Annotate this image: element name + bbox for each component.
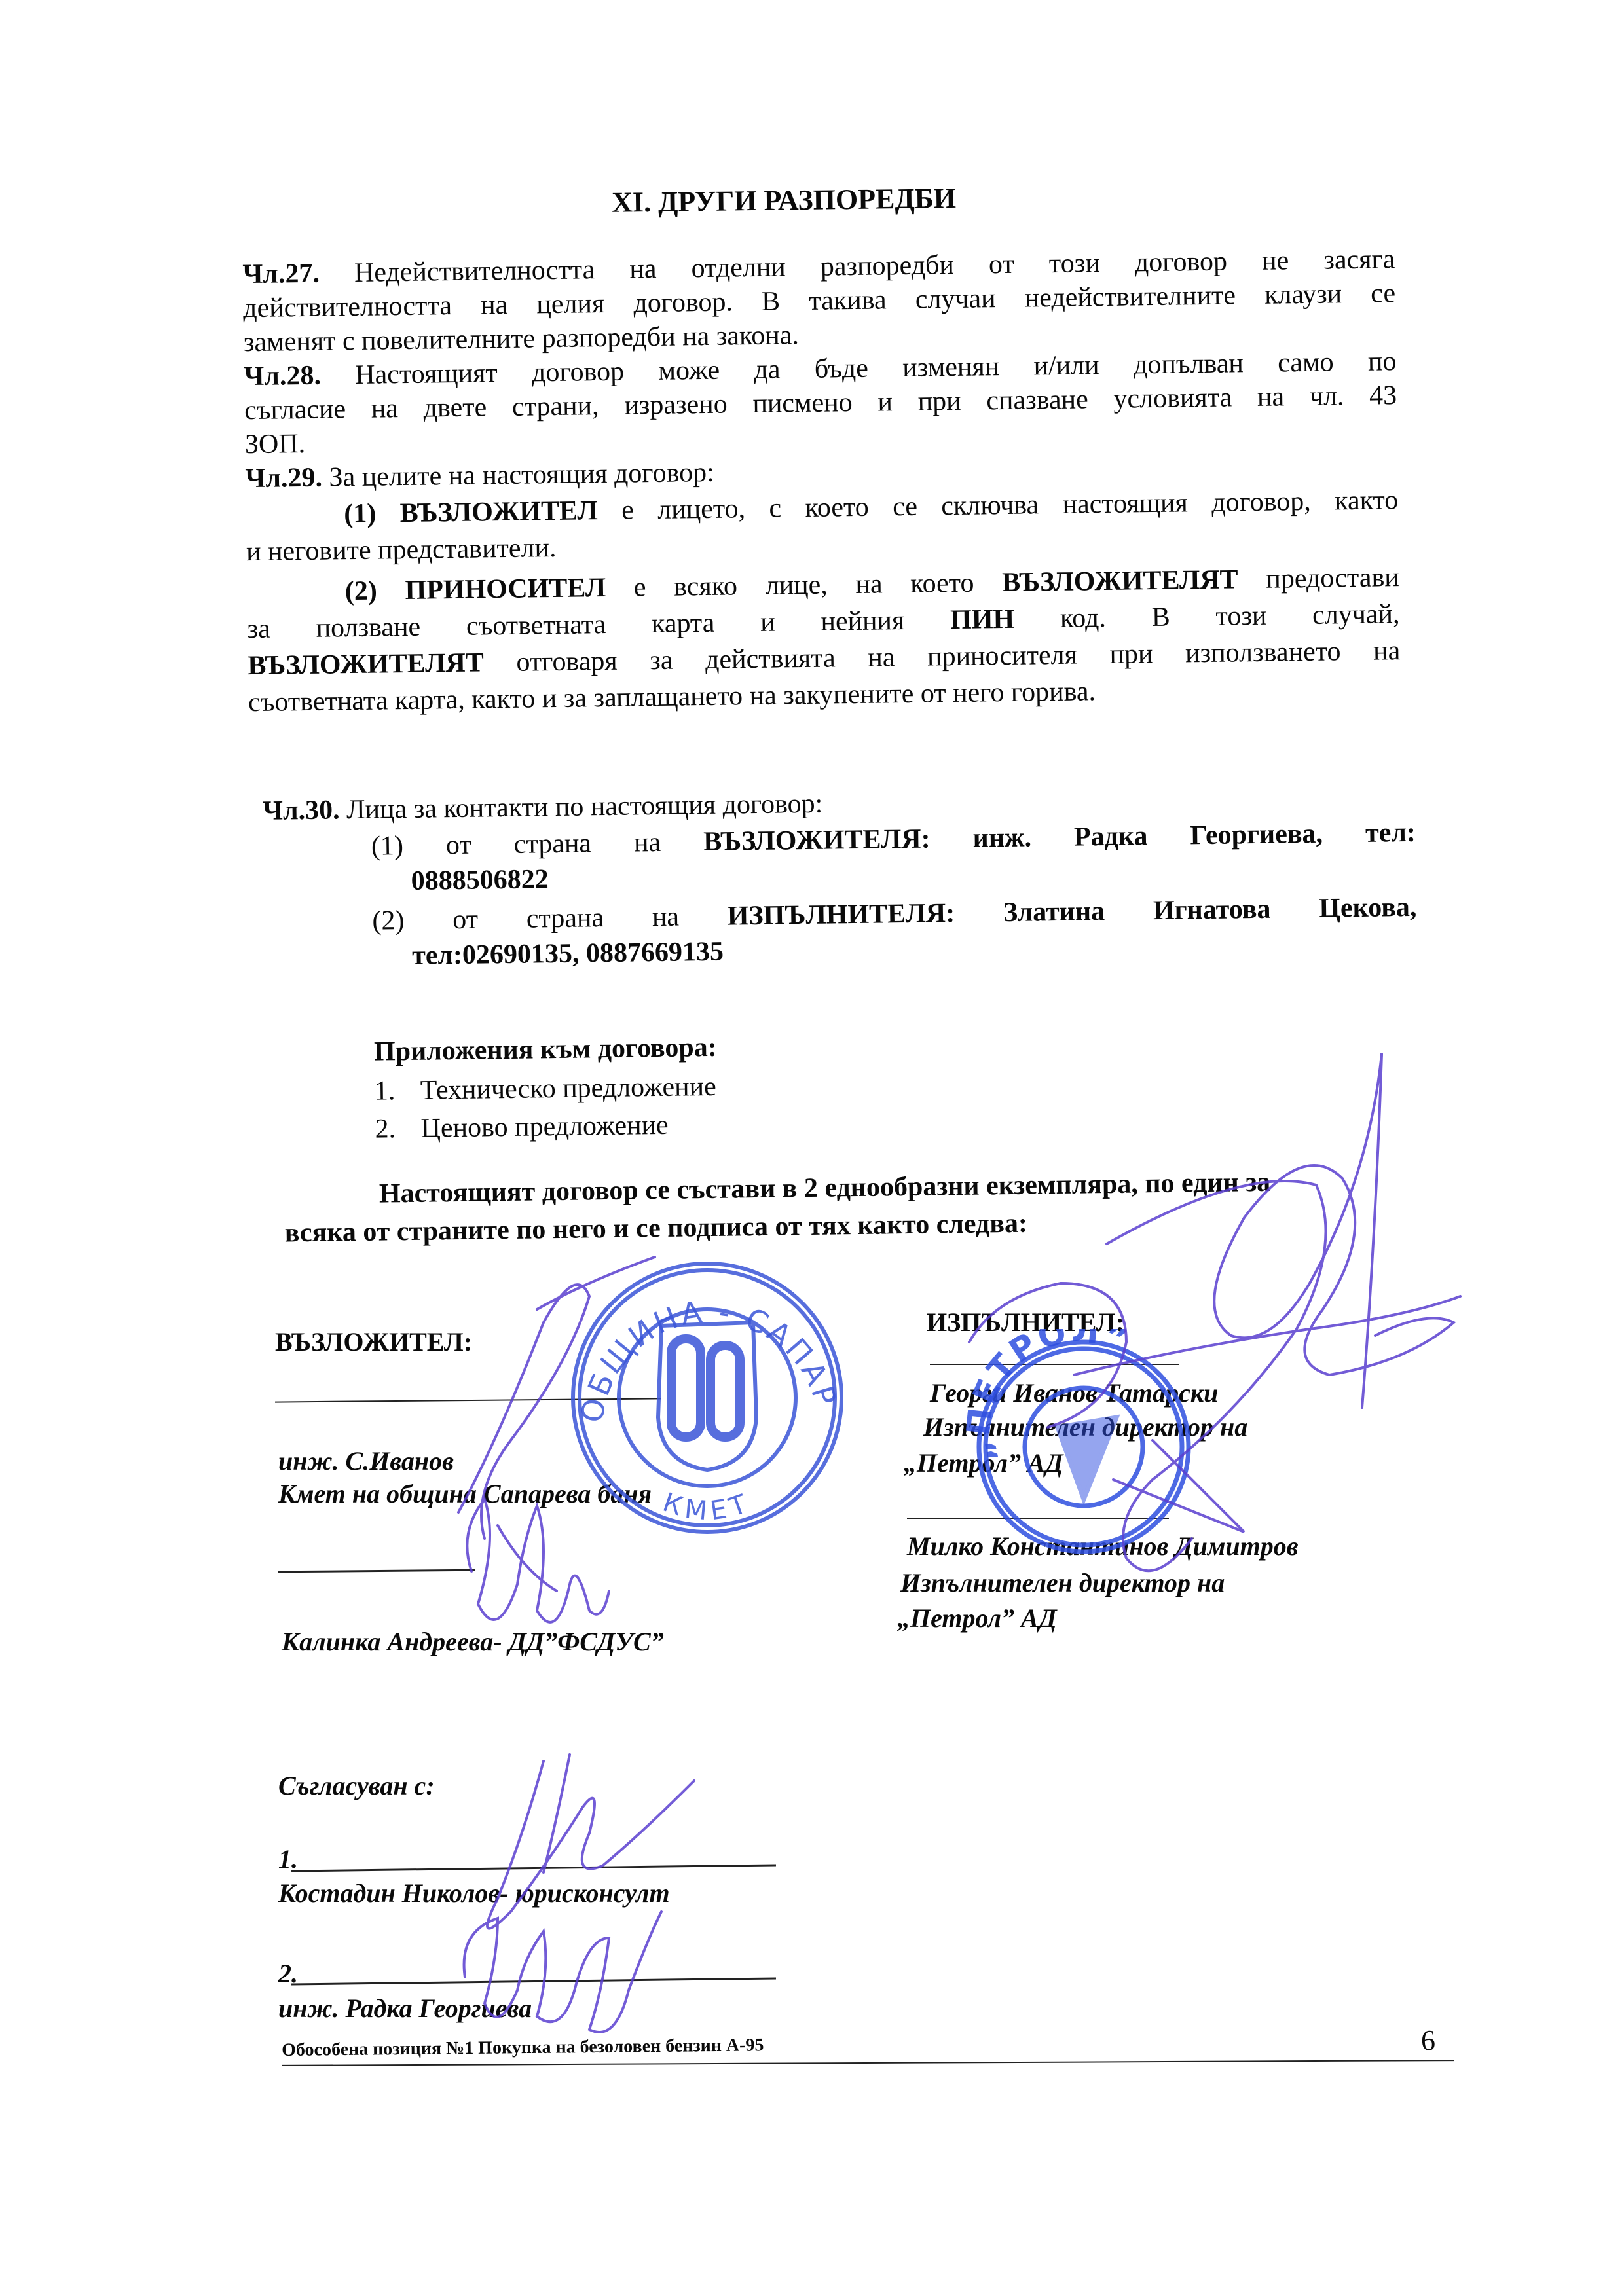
handwritten-signatures xyxy=(0,0,1624,2296)
document-page: XI. ДРУГИ РАЗПОРЕДБИ Чл.27. Недействител… xyxy=(0,0,1624,2296)
